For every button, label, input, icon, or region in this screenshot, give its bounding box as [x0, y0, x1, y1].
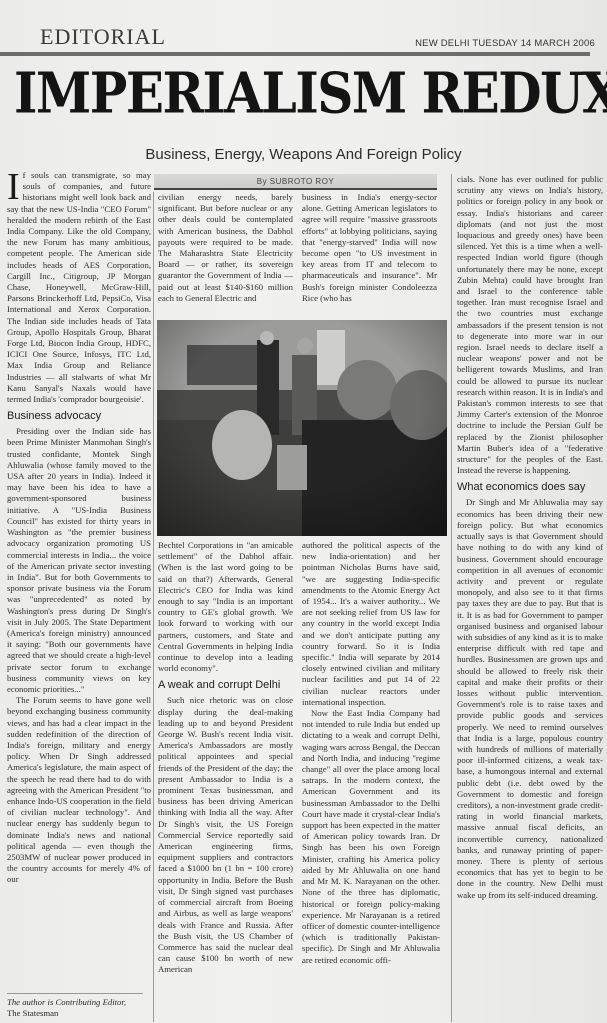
paragraph: authored the political aspects of the ne…	[302, 540, 440, 708]
article-photo	[157, 320, 447, 536]
paragraph: Presiding over the Indian side has been …	[7, 426, 151, 695]
publication-name: The Statesman	[7, 1008, 58, 1018]
column-2-top: civilian energy needs, barely significan…	[158, 192, 293, 319]
paragraph: The Forum seems to have gone well beyond…	[7, 695, 151, 885]
paragraph: Now the East India Company had not inten…	[302, 708, 440, 966]
column-1: If souls can transmigrate, so may souls …	[7, 170, 151, 990]
subheading-what-economics-does-say: What economics does say	[457, 481, 603, 494]
photo-image	[157, 320, 447, 536]
dateline: NEW DELHI TUESDAY 14 MARCH 2006	[415, 38, 595, 49]
column-divider	[451, 174, 452, 1022]
column-divider	[153, 192, 154, 1022]
column-2-bottom: Bechtel Corporations in "an amicable set…	[158, 540, 293, 1023]
byline: By SUBROTO ROY	[154, 174, 437, 190]
section-label: EDITORIAL	[40, 24, 166, 50]
paragraph: Such nice rhetoric was on close display …	[158, 695, 293, 975]
paragraph: civilian energy needs, barely significan…	[158, 192, 293, 304]
author-footnote: The author is Contributing Editor, The S…	[7, 997, 151, 1019]
footnote-divider	[7, 993, 143, 994]
subheading-weak-and-corrupt-delhi: A weak and corrupt Delhi	[158, 679, 293, 692]
paragraph-text: f souls can transmigrate, so may souls o…	[7, 170, 151, 404]
column-3-bottom: authored the political aspects of the ne…	[302, 540, 440, 1023]
drop-cap: I	[7, 171, 20, 203]
column-4: cials. None has ever outlined for public…	[457, 174, 603, 1023]
paragraph: cials. None has ever outlined for public…	[457, 174, 603, 476]
column-3-top: business in India's energy-sector alone.…	[302, 192, 437, 319]
top-rule	[0, 52, 590, 56]
author-role: The author is Contributing Editor,	[7, 997, 151, 1008]
subheading-business-advocacy: Business advocacy	[7, 410, 151, 423]
paragraph: business in India's energy-sector alone.…	[302, 192, 437, 304]
newspaper-page: EDITORIAL NEW DELHI TUESDAY 14 MARCH 200…	[0, 0, 607, 1023]
paragraph: Bechtel Corporations in "an amicable set…	[158, 540, 293, 674]
subheadline: Business, Energy, Weapons And Foreign Po…	[0, 146, 607, 163]
headline: IMPERIALISM REDUX	[14, 60, 594, 126]
paragraph: Dr Singh and Mr Ahluwalia may say econom…	[457, 497, 603, 900]
paragraph: If souls can transmigrate, so may souls …	[7, 170, 151, 405]
